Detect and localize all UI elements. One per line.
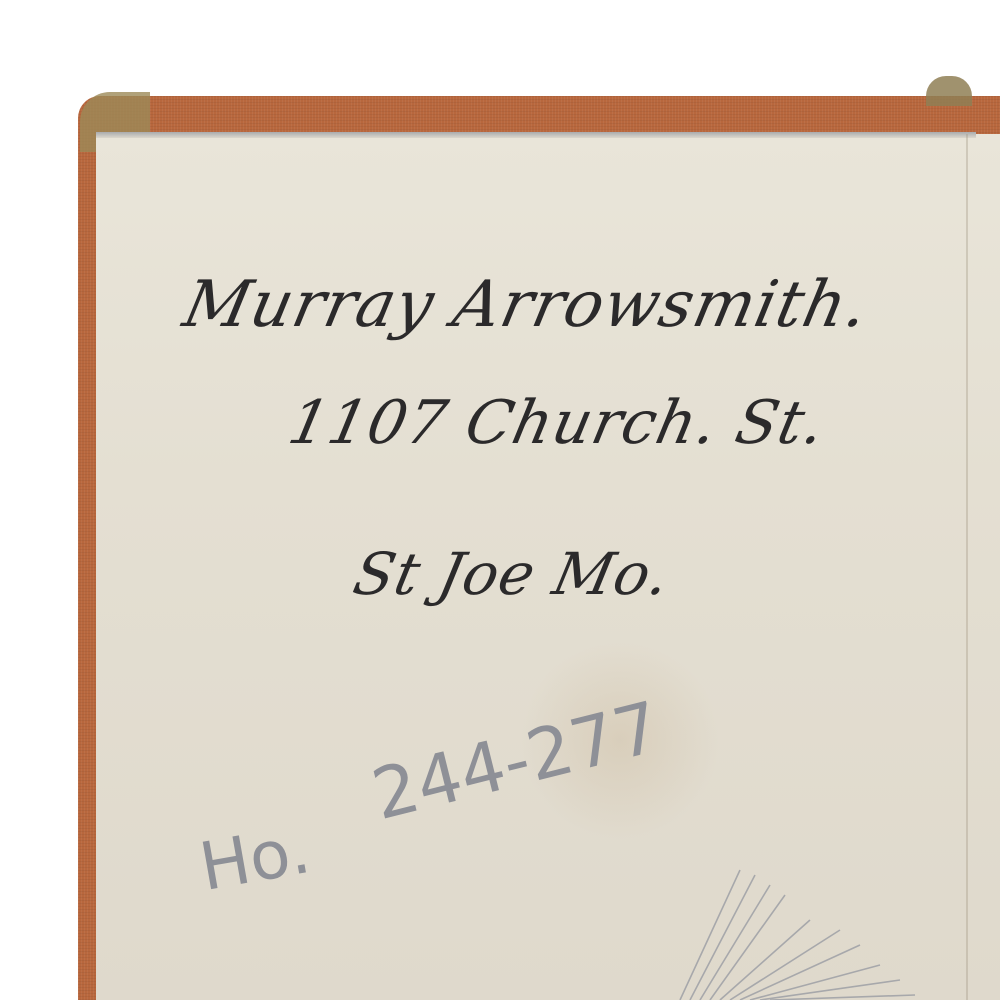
- inscription-city: St Joe Mo.: [348, 540, 677, 608]
- pencil-sketch-icon: [660, 850, 960, 1000]
- worn-corner-right: [926, 76, 972, 106]
- inscription-street: 1107 Church. St.: [283, 388, 832, 458]
- page-edge-shadow: [96, 132, 976, 138]
- inscription-name: Murray Arrowsmith.: [177, 268, 875, 342]
- page-fold-line: [966, 134, 968, 1000]
